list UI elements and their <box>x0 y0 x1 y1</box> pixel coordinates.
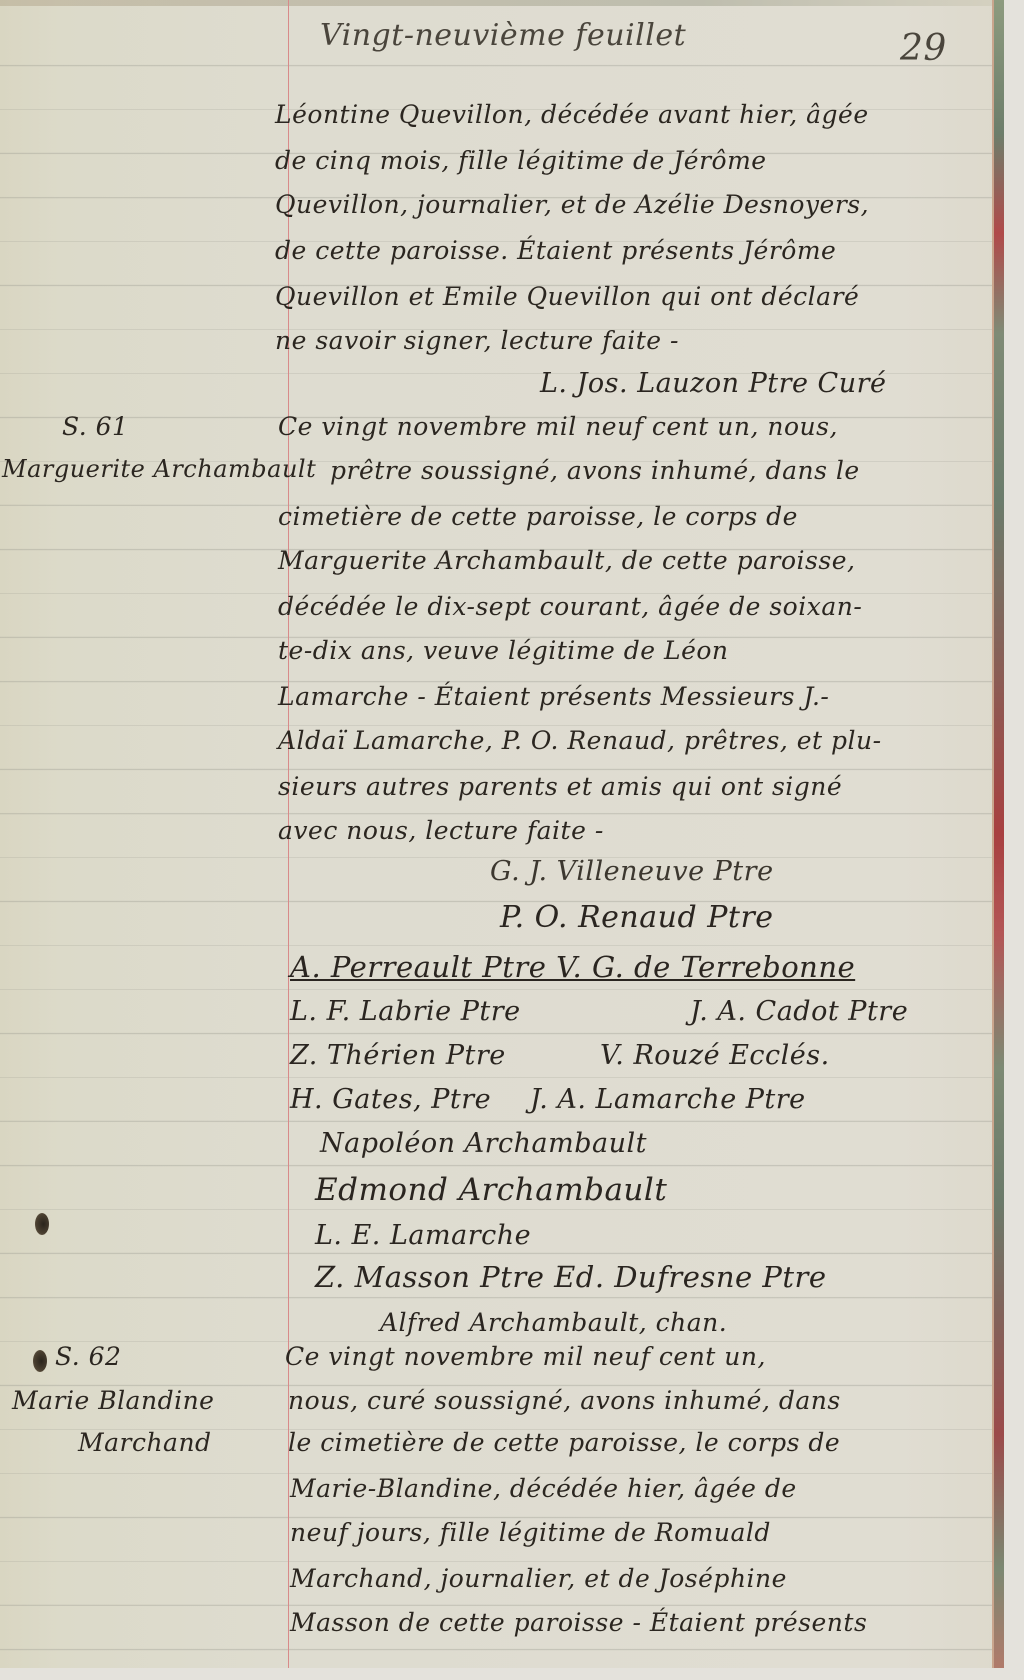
margin-entry-name: Marie Blandine <box>12 1386 214 1415</box>
entry-line: Léontine Quevillon, décédée avant hier, … <box>275 100 869 129</box>
binding-hole-icon <box>33 1350 47 1372</box>
entry-line: nous, curé soussigné, avons inhumé, dans <box>288 1386 841 1415</box>
page-number: 29 <box>900 28 947 69</box>
register-page: Vingt-neuvième feuillet 29 Léontine Quev… <box>0 0 1004 1668</box>
entry-line: le cimetière de cette paroisse, le corps… <box>288 1428 840 1457</box>
page-title: Vingt-neuvième feuillet <box>320 18 686 53</box>
entry-line: sieurs autres parents et amis qui ont si… <box>278 772 842 801</box>
margin-entry-name: Marguerite Archambault <box>2 455 316 483</box>
margin-entry-name: Marchand <box>78 1428 212 1457</box>
entry-line: Marchand, journalier, et de Joséphine <box>290 1564 787 1593</box>
entry-line: Marguerite Archambault, de cette paroiss… <box>278 546 855 575</box>
signature: Z. Thérien Ptre <box>290 1040 506 1071</box>
margin-entry-number: S. 61 <box>62 412 128 441</box>
entry-line: te-dix ans, veuve légitime de Léon <box>278 636 729 665</box>
signature: Z. Masson Ptre Ed. Dufresne Ptre <box>315 1260 827 1294</box>
signature: Napoléon Archambault <box>320 1128 647 1159</box>
margin-entry-number: S. 62 <box>55 1342 121 1371</box>
signature: P. O. Renaud Ptre <box>500 900 774 935</box>
entry-line: Aldaï Lamarche, P. O. Renaud, prêtres, e… <box>278 726 882 755</box>
entry-line: Masson de cette paroisse - Étaient prése… <box>290 1608 867 1637</box>
entry-line: Lamarche - Étaient présents Messieurs J.… <box>278 682 829 711</box>
entry-line: Quevillon et Emile Quevillon qui ont déc… <box>275 282 859 311</box>
entry-line: Quevillon, journalier, et de Azélie Desn… <box>275 190 869 219</box>
signature: L. Jos. Lauzon Ptre Curé <box>540 368 886 399</box>
entry-line: Marie-Blandine, décédée hier, âgée de <box>290 1474 797 1503</box>
entry-line: prêtre soussigné, avons inhumé, dans le <box>330 456 860 485</box>
entry-line: Ce vingt novembre mil neuf cent un, <box>285 1342 766 1371</box>
entry-line: décédée le dix-sept courant, âgée de soi… <box>278 592 862 621</box>
signature: L. F. Labrie Ptre <box>290 996 521 1027</box>
signature: A. Perreault Ptre V. G. de Terrebonne <box>290 950 855 984</box>
signature: V. Rouzé Ecclés. <box>600 1040 830 1071</box>
marbled-page-edge <box>992 0 1004 1668</box>
entry-line: cimetière de cette paroisse, le corps de <box>278 502 798 531</box>
entry-line: de cinq mois, fille légitime de Jérôme <box>275 146 767 175</box>
signature: J. A. Cadot Ptre <box>690 996 908 1027</box>
signature: J. A. Lamarche Ptre <box>530 1084 806 1115</box>
entry-line: Ce vingt novembre mil neuf cent un, nous… <box>278 412 838 441</box>
entry-line: ne savoir signer, lecture faite - <box>275 326 679 355</box>
entry-line: de cette paroisse. Étaient présents Jérô… <box>275 236 836 265</box>
entry-line: avec nous, lecture faite - <box>278 816 604 845</box>
entry-line: neuf jours, fille légitime de Romuald <box>290 1518 771 1547</box>
signature: Edmond Archambault <box>315 1172 667 1208</box>
binding-hole-icon <box>35 1213 49 1235</box>
signature: H. Gates, Ptre <box>290 1084 491 1115</box>
signature: L. E. Lamarche <box>315 1220 531 1251</box>
signature: Alfred Archambault, chan. <box>380 1308 727 1337</box>
signature: G. J. Villeneuve Ptre <box>490 856 774 887</box>
